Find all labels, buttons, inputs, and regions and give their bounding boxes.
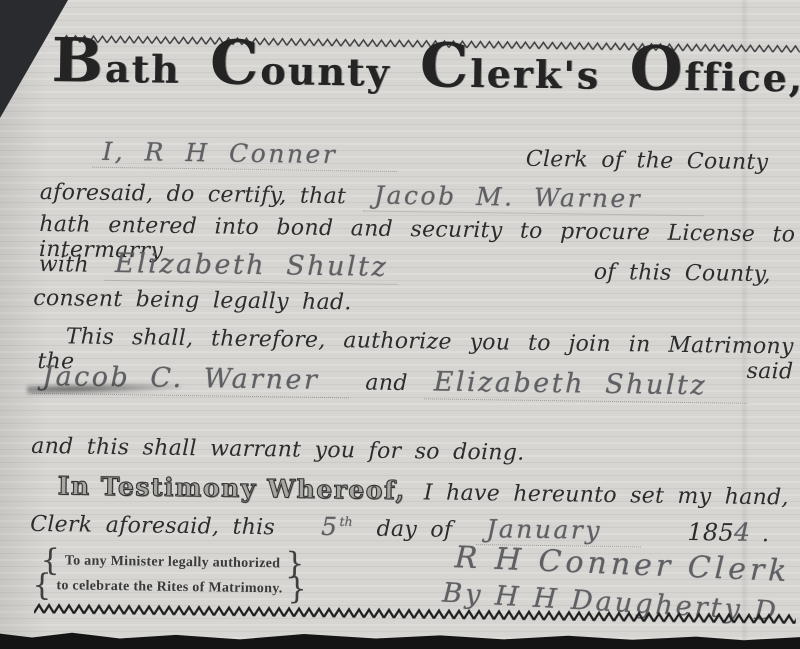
open-brace: { bbox=[32, 571, 52, 601]
close-brace: } bbox=[287, 574, 307, 604]
spacer bbox=[398, 276, 594, 279]
and-text: and bbox=[365, 371, 408, 397]
day-number: 5 bbox=[321, 512, 340, 541]
day-handwritten: 5th bbox=[321, 512, 353, 541]
date-line: Clerk aforesaid, this 5th day of January… bbox=[30, 508, 770, 549]
date-period: . bbox=[762, 522, 770, 547]
year-printed: 185 bbox=[687, 518, 734, 547]
spacer bbox=[397, 164, 526, 166]
minister-note-row-2: { to celebrate the Rites of Matrimony. } bbox=[32, 571, 307, 605]
groom-name-handwritten: Jacob M. Warner bbox=[364, 180, 704, 216]
minister-note-text-1: To any Minister legally authorized bbox=[65, 553, 281, 572]
document-title: Bath County Clerk's Office, Sct: bbox=[51, 45, 792, 100]
bride-name-handwritten: Elizabeth Shultz bbox=[105, 248, 399, 285]
year-handwritten: 4 bbox=[734, 518, 750, 547]
bride-name-handwritten-2: Elizabeth Shultz bbox=[423, 366, 747, 404]
clerk-name-handwritten: I, R H Conner bbox=[92, 137, 397, 172]
day-suffix: th bbox=[339, 514, 352, 529]
consent-line: consent being legally had. bbox=[33, 286, 352, 315]
day-of-text: day of bbox=[376, 517, 452, 543]
clerk-of-county-text: Clerk of the County bbox=[526, 147, 769, 175]
clerk-aforesaid-text: Clerk aforesaid, this bbox=[30, 512, 275, 540]
minister-note-text-2: to celebrate the Rites of Matrimony. bbox=[56, 578, 282, 597]
of-this-county-text: of this County, bbox=[594, 260, 771, 287]
clerk-name-line: I, R H Conner Clerk of the County bbox=[40, 136, 768, 177]
certify-text: aforesaid, do certify, that bbox=[40, 180, 347, 209]
in-testimony-whereof-text: In Testimony Whereof, bbox=[58, 471, 407, 505]
scanned-document-page: Bath County Clerk's Office, Sct: I, R H … bbox=[0, 0, 800, 649]
minister-note: { To any Minister legally authorized } {… bbox=[40, 546, 307, 605]
set-my-hand-text: I have hereunto set my hand, as bbox=[424, 480, 800, 511]
document-content: Bath County Clerk's Office, Sct: I, R H … bbox=[0, 0, 800, 649]
certify-line: aforesaid, do certify, that Jacob M. War… bbox=[40, 176, 768, 217]
testimony-line: In Testimony Whereof, I have hereunto se… bbox=[58, 471, 800, 511]
warrant-line: and this shall warrant you for so doing. bbox=[31, 434, 525, 466]
with-text: with bbox=[39, 252, 89, 278]
